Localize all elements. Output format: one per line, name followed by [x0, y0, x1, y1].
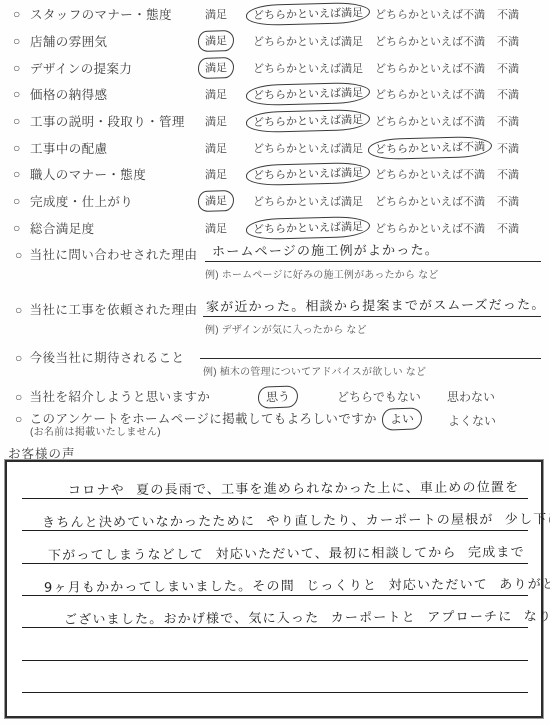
choice-option: 思わない	[447, 388, 495, 405]
choice-option: よくない	[448, 412, 496, 429]
rating-row: ○工事の説明・段取り・管理満足どちらかといえば満足どちらかといえば不満不満	[0, 108, 550, 135]
rating-option: 不満	[497, 60, 519, 76]
rating-row: ○総合満足度満足どちらかといえば満足どちらかといえば不満不満	[0, 215, 550, 242]
rating-option-selected: 満足	[198, 190, 235, 212]
voice-line: コロナや 夏の長雨で、工事を進められなかった上に、車止めの位置を	[22, 467, 528, 499]
rating-question-label: 完成度・仕上がり	[30, 192, 133, 210]
voice-handwritten-text: ございました。おかげ様で、気に入った カーポートと アプローチに なりました。	[22, 605, 550, 629]
rating-option: 不満	[497, 140, 519, 156]
rating-question-label: 総合満足度	[30, 219, 95, 237]
question-label: 当社に問い合わせされた理由	[30, 248, 198, 262]
ratings-section: ○スタッフのマナー・態度満足どちらかといえば満足どちらかといえば不満不満○店舗の…	[0, 1, 550, 241]
item-marker-circle: ○	[13, 61, 20, 75]
rating-option-selected: 満足	[198, 30, 235, 52]
voice-line: ございました。おかげ様で、気に入った カーポートと アプローチに なりました。	[22, 596, 528, 628]
rating-question-label: 職人のマナー・態度	[30, 165, 146, 183]
question-label: 当社に工事を依頼された理由	[30, 303, 198, 317]
rating-option-selected: どちらかといえば満足	[246, 162, 371, 186]
voice-line: きちんと決めていなかったために やり直したり、カーポートの屋根が 少し下に	[22, 499, 528, 531]
rating-question-label: 工事の説明・段取り・管理	[30, 112, 185, 130]
voice-line: 9ヶ月もかかってしまいました。その間 じっくりと 対応いただいて ありがとう	[22, 564, 528, 596]
question-order-reason: ○当社に工事を依頼された理由	[15, 300, 197, 318]
rating-option: 満足	[205, 140, 227, 156]
voice-line	[22, 661, 528, 693]
rating-option: どちらかといえば不満	[375, 6, 485, 22]
rating-option: どちらかといえば不満	[375, 60, 485, 76]
rating-question-label: 店舗の雰囲気	[30, 32, 107, 50]
answer-order-reason: 家が近かった。相談から提案までがスムーズだった。	[206, 294, 546, 315]
item-marker-circle: ○	[15, 390, 23, 404]
item-marker-circle: ○	[13, 34, 20, 48]
rating-option: 満足	[205, 113, 227, 129]
rating-option: 不満	[497, 193, 519, 209]
example-hint: 例) 植木の管理についてアドバイスが欲しい など	[203, 363, 426, 378]
rating-option: 不満	[497, 33, 519, 49]
rating-option-selected: どちらかといえば満足	[246, 2, 371, 26]
question-label: 当社を紹介しようと思いますか	[30, 390, 211, 404]
item-marker-circle: ○	[13, 87, 20, 101]
question-contact-reason: ○当社に問い合わせされた理由	[15, 245, 197, 263]
rating-question-label: 価格の納得感	[30, 85, 107, 103]
rating-option: どちらかといえば満足	[253, 33, 363, 49]
rating-row: ○価格の納得感満足どちらかといえば満足どちらかといえば不満不満	[0, 81, 550, 108]
voice-line	[22, 628, 528, 660]
choice-option-selected: 思う	[265, 388, 291, 406]
question-label: 今後当社に期待されること	[30, 351, 185, 365]
rating-option: 不満	[497, 86, 519, 102]
example-hint: 例) デザインが気に入ったから など	[205, 321, 367, 336]
rating-option: 満足	[205, 220, 227, 236]
rating-option: 満足	[205, 86, 227, 102]
voice-box: コロナや 夏の長雨で、工事を進められなかった上に、車止めの位置をきちんと決めてい…	[5, 460, 543, 718]
item-marker-circle: ○	[13, 114, 20, 128]
rating-row: ○完成度・仕上がり満足どちらかといえば満足どちらかといえば不満不満	[0, 188, 550, 215]
choice-option: どちらでもない	[337, 388, 421, 405]
rating-option: どちらかといえば不満	[375, 113, 485, 129]
item-marker-circle: ○	[13, 167, 20, 181]
rating-row: ○スタッフのマナー・態度満足どちらかといえば満足どちらかといえば不満不満	[0, 1, 550, 28]
voice-handwritten-text: 下がってしまうなどして 対応いただいて、最初に相談してから 完成まで	[22, 541, 525, 565]
rating-option-selected: どちらかといえば満足	[246, 109, 371, 133]
voice-handwritten-text: きちんと決めていなかったために やり直したり、カーポートの屋根が 少し下に	[22, 508, 550, 532]
voice-handwritten-text: 9ヶ月もかかってしまいました。その間 じっくりと 対応いただいて ありがとう	[22, 573, 550, 597]
rating-option: どちらかといえば不満	[375, 193, 485, 209]
rating-option: 満足	[205, 6, 227, 22]
rating-option-selected: どちらかといえば不満	[368, 136, 493, 160]
selection-circle: 思う	[258, 385, 299, 408]
item-marker-circle: ○	[15, 351, 23, 365]
rating-option-selected: どちらかといえば満足	[246, 216, 371, 240]
item-marker-circle: ○	[15, 303, 23, 317]
voice-handwritten-text: コロナや 夏の長雨で、工事を進められなかった上に、車止めの位置を	[22, 476, 519, 499]
voice-line: 下がってしまうなどして 対応いただいて、最初に相談してから 完成まで	[22, 531, 528, 563]
voice-lines: コロナや 夏の長雨で、工事を進められなかった上に、車止めの位置をきちんと決めてい…	[22, 467, 528, 694]
rating-question-label: スタッフのマナー・態度	[30, 5, 172, 23]
selection-circle: よい	[382, 407, 423, 430]
rating-option: どちらかといえば満足	[253, 60, 363, 76]
item-marker-circle: ○	[15, 248, 23, 262]
rating-option: 不満	[497, 220, 519, 236]
rating-row: ○デザインの提案力満足どちらかといえば満足どちらかといえば不満不満	[0, 54, 550, 81]
rating-option: どちらかといえば不満	[375, 33, 485, 49]
rating-option: 満足	[205, 166, 227, 182]
rating-option: 不満	[497, 113, 519, 129]
rating-option-selected: 満足	[198, 57, 235, 79]
rating-option: 不満	[497, 6, 519, 22]
question-recommend: ○当社を紹介しようと思いますか	[15, 387, 210, 405]
item-marker-circle: ○	[13, 194, 20, 208]
rating-option: どちらかといえば満足	[253, 193, 363, 209]
rating-option: どちらかといえば満足	[253, 140, 363, 156]
rating-question-label: 工事中の配慮	[30, 139, 107, 157]
example-hint: 例) ホームページに好みの施工例があったから など	[205, 266, 439, 281]
rating-row: ○店舗の雰囲気満足どちらかといえば満足どちらかといえば不満不満	[0, 28, 550, 55]
rating-option: 不満	[497, 166, 519, 182]
rating-option: どちらかといえば不満	[375, 220, 485, 236]
answer-contact-reason: ホームページの施工例がよかった。	[212, 239, 439, 260]
answer-underline	[203, 316, 541, 317]
rating-option: どちらかといえば不満	[375, 86, 485, 102]
rating-row: ○職人のマナー・態度満足どちらかといえば満足どちらかといえば不満不満	[0, 161, 550, 188]
item-marker-circle: ○	[13, 221, 20, 235]
item-marker-circle: ○	[15, 412, 23, 426]
answer-underline	[205, 261, 541, 262]
rating-question-label: デザインの提案力	[30, 59, 132, 77]
publish-note: (お名前は掲載いたしません)	[30, 423, 161, 438]
choice-option-selected: よい	[389, 410, 415, 428]
rating-option-selected: どちらかといえば満足	[246, 82, 371, 106]
question-future-expectation: ○今後当社に期待されること	[15, 348, 184, 366]
rating-option: どちらかといえば不満	[375, 166, 485, 182]
item-marker-circle: ○	[13, 141, 20, 155]
survey-sheet: ○スタッフのマナー・態度満足どちらかといえば満足どちらかといえば不満不満○店舗の…	[0, 0, 550, 726]
rating-row: ○工事中の配慮満足どちらかといえば満足どちらかといえば不満不満	[0, 134, 550, 161]
answer-underline	[200, 358, 541, 359]
item-marker-circle: ○	[13, 7, 20, 21]
